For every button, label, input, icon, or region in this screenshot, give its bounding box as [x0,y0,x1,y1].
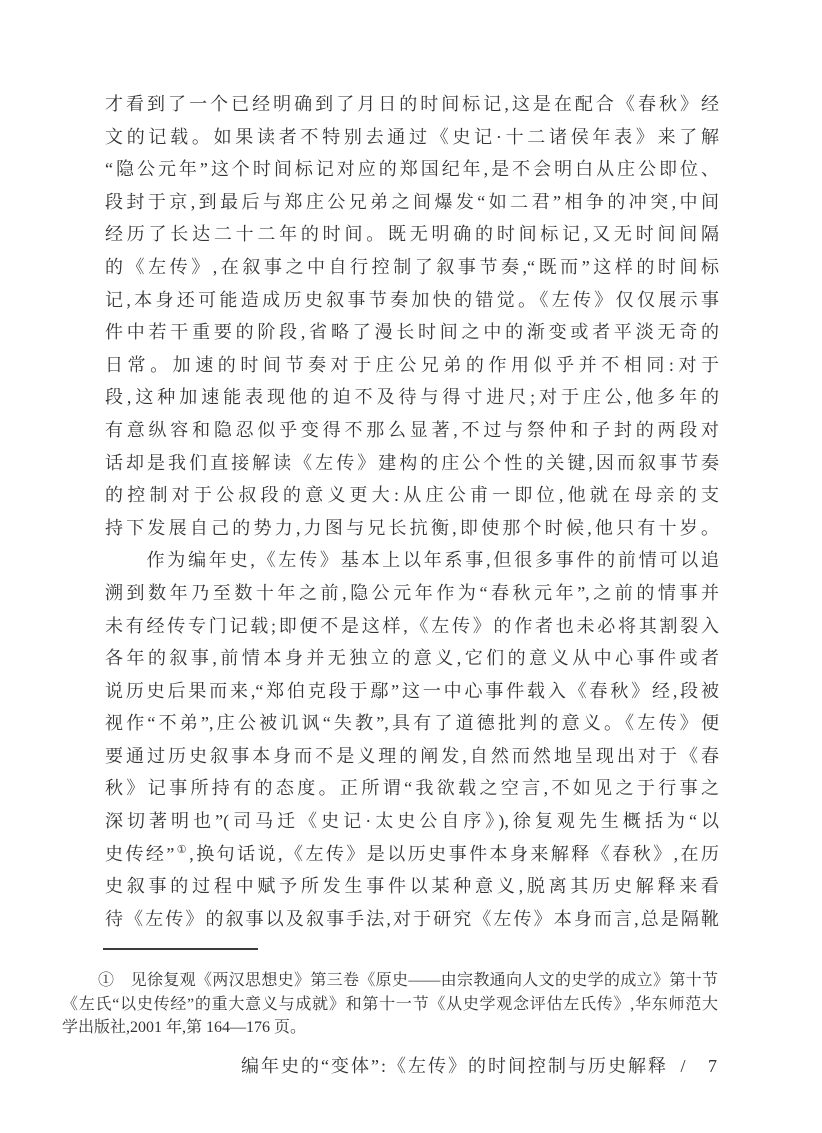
body-line: 未有经传专门记载;即便不是这样,《左传》的作者也未必将其割裂入 [105,610,719,643]
body-line: 有意纵容和隐忍似乎变得不那么显著,不过与祭仲和子封的两段对 [105,414,719,447]
body-text: 才看到了一个已经明确到了月日的时间标记,这是在配合《春秋》经文的记载。如果读者不… [105,88,719,935]
body-line: 说历史后果而来,“郑伯克段于鄢”这一中心事件载入《春秋》经,段被 [105,675,719,708]
body-line: 的控制对于公叔段的意义更大:从庄公甫一即位,他就在母亲的支 [105,479,719,512]
body-line: 待《左传》的叙事以及叙事手法,对于研究《左传》本身而言,总是隔靴 [105,903,719,936]
body-line: 经历了长达二十二年的时间。既无明确的时间标记,又无时间间隔 [105,218,719,251]
body-line: 深切著明也”(司马迁《史记·太史公自序》),徐复观先生概括为“以 [105,805,719,838]
body-line: 件中若干重要的阶段,省略了漫长时间之中的渐变或者平淡无奇的 [105,316,719,349]
body-line: 作为编年史,《左传》基本上以年系事,但很多事件的前情可以追 [105,544,719,577]
body-line: 溯到数年乃至数十年之前,隐公元年作为“春秋元年”,之前的情事并 [105,577,719,610]
book-page: 才看到了一个已经明确到了月日的时间标记,这是在配合《春秋》经文的记载。如果读者不… [0,0,822,1133]
body-line: 秋》记事所持有的态度。正所谓“我欲载之空言,不如见之于行事之 [105,772,719,805]
body-line: 史传经”①,换句话说,《左传》是以历史事件本身来解释《春秋》,在历 [105,838,719,871]
footer-slash: / [680,1056,687,1076]
body-line: 的《左传》,在叙事之中自行控制了叙事节奏,“既而”这样的时间标 [105,251,719,284]
footnote-line: 《左氏“以史传经”的重大意义与成就》和第十一节《从史学观念评估左氏传》,华东师范… [62,993,718,1017]
body-line: 各年的叙事,前情本身并无独立的意义,它们的意义从中心事件或者 [105,642,719,675]
running-title: 编年史的“变体”:《左传》的时间控制与历史解释 [241,1056,668,1076]
body-line: 要通过历史叙事本身而不是义理的阐发,自然而然地呈现出对于《春 [105,740,719,773]
body-line: 视作“不弟”,庄公被讥讽“失教”,具有了道德批判的意义。《左传》便 [105,707,719,740]
page-number: 7 [708,1056,719,1076]
body-line: “隐公元年”这个时间标记对应的郑国纪年,是不会明白从庄公即位、 [105,153,719,186]
body-line: 记,本身还可能造成历史叙事节奏加快的错觉。《左传》仅仅展示事 [105,284,719,317]
body-line: 段封于京,到最后与郑庄公兄弟之间爆发“如二君”相争的冲突,中间 [105,186,719,219]
footnote: ① 见徐复观《两汉思想史》第三卷《原史——由宗教通向人文的史学的成立》第十节《左… [62,969,718,1040]
page-footer: 编年史的“变体”:《左传》的时间控制与历史解释 / 7 [105,1051,719,1081]
footnote-ref-mark: ① [174,844,189,856]
body-line: 日常。加速的时间节奏对于庄公兄弟的作用似乎并不相同:对于 [105,349,719,382]
body-line: 持下发展自己的势力,力图与兄长抗衡,即使那个时候,他只有十岁。 [105,512,719,545]
footnote-line: 学出版社,2001 年,第 164—176 页。 [62,1016,718,1040]
body-line: 段,这种加速能表现他的迫不及待与得寸进尺;对于庄公,他多年的 [105,381,719,414]
body-line: 才看到了一个已经明确到了月日的时间标记,这是在配合《春秋》经 [105,88,719,121]
body-line: 文的记载。如果读者不特别去通过《史记·十二诸侯年表》来了解 [105,121,719,154]
body-line: 史叙事的过程中赋予所发生事件以某种意义,脱离其历史解释来看 [105,870,719,903]
footnote-separator-rule [103,948,258,950]
footnote-line: ① 见徐复观《两汉思想史》第三卷《原史——由宗教通向人文的史学的成立》第十节 [62,969,718,993]
body-line: 话却是我们直接解读《左传》建构的庄公个性的关键,因而叙事节奏 [105,447,719,480]
